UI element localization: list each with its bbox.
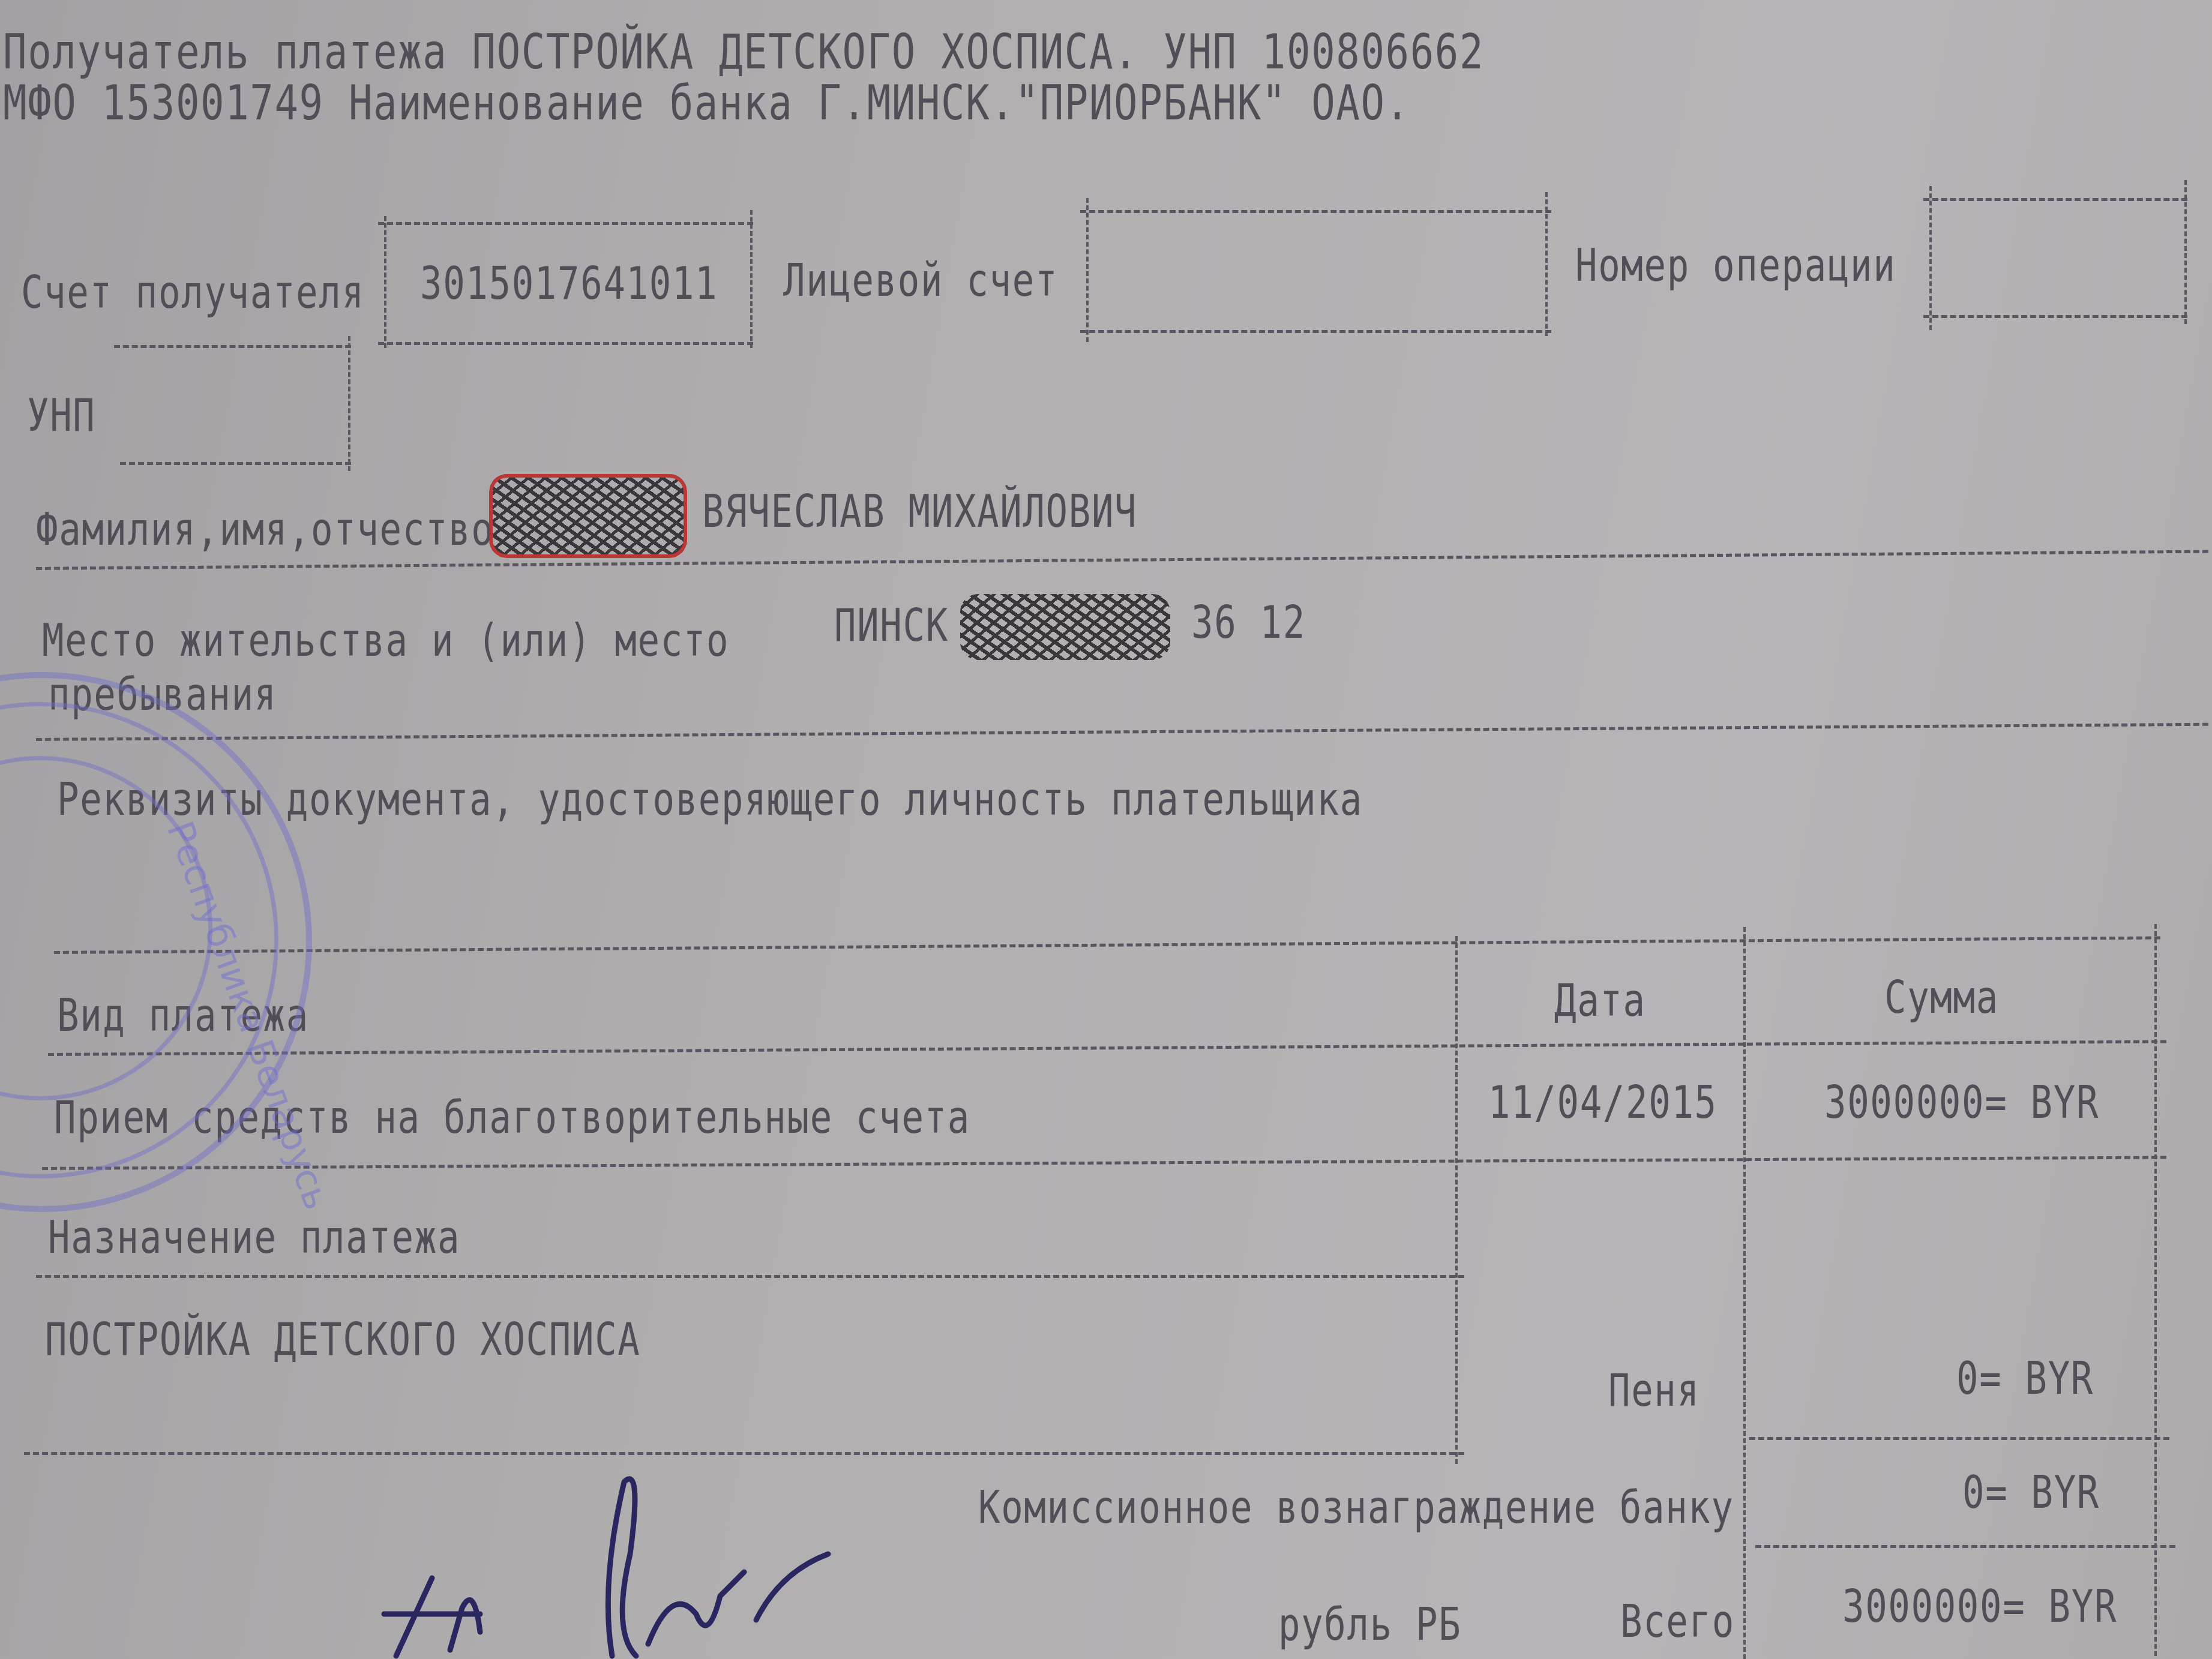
commission-value: 0= BYR — [1962, 1467, 2100, 1519]
divider — [36, 1275, 1464, 1278]
divider — [54, 936, 2160, 954]
unp-label: УНП — [27, 390, 96, 442]
divider — [1086, 198, 1089, 342]
residence-city: ПИНСК — [834, 600, 949, 652]
purpose-value: ПОСТРОЙКА ДЕТСКОГО ХОСПИСА — [45, 1314, 640, 1366]
divider — [1455, 936, 1458, 1464]
recipient-account-value: 3015017641011 — [420, 258, 718, 310]
residence-tail: 36 12 — [1191, 597, 1306, 649]
residence-label: Место жительства и (или) место — [42, 615, 729, 667]
divider — [120, 462, 351, 465]
divider — [1080, 330, 1551, 333]
operation-number-label: Номер операции — [1575, 240, 1896, 292]
divider — [1080, 210, 1551, 213]
penalty-label: Пеня — [1608, 1365, 1700, 1417]
redaction-mark — [960, 594, 1170, 660]
recipient-header: Получатель платежа ПОСТРОЙКА ДЕТСКОГО ХО… — [3, 24, 1484, 80]
redaction-mark — [489, 474, 687, 558]
divider — [1545, 192, 1548, 336]
payment-receipt: Получатель платежа ПОСТРОЙКА ДЕТСКОГО ХО… — [0, 0, 2212, 1659]
purpose-label: Назначение платежа — [48, 1212, 460, 1264]
divider — [1929, 186, 1932, 330]
bank-header: МФО 153001749 Наименование банка Г.МИНСК… — [3, 75, 1410, 131]
divider — [42, 1156, 2166, 1170]
divider — [48, 1040, 2166, 1056]
divider — [2184, 180, 2187, 324]
fio-value: ВЯЧЕСЛАВ МИХАЙЛОВИЧ — [702, 486, 1137, 538]
personal-account-label: Лицевой счет — [783, 255, 1058, 307]
fio-label: Фамилия,имя,отчество — [36, 504, 494, 556]
divider — [384, 216, 386, 348]
amount-label: Сумма — [1884, 972, 1999, 1024]
divider — [378, 222, 753, 225]
divider — [1743, 927, 1746, 1659]
signature-icon — [360, 1464, 900, 1659]
divider — [1923, 315, 2187, 318]
divider — [114, 345, 351, 348]
total-value: 3000000= BYR — [1842, 1581, 2117, 1633]
currency-label: рубль РБ — [1278, 1599, 1461, 1651]
divider — [24, 1452, 1464, 1455]
date-label: Дата — [1554, 975, 1646, 1027]
date-value: 11/04/2015 — [1488, 1077, 1718, 1129]
commission-label: Комиссионное вознаграждение банку — [978, 1482, 1734, 1534]
amount-value: 3000000= BYR — [1824, 1077, 2099, 1129]
divider — [1923, 198, 2187, 201]
divider — [348, 336, 350, 471]
total-label: Всего — [1620, 1596, 1735, 1648]
divider — [750, 210, 753, 348]
divider — [1755, 1545, 2175, 1548]
divider — [36, 723, 2208, 741]
divider — [378, 342, 753, 345]
recipient-account-label: Счет получателя — [21, 267, 365, 319]
divider — [1749, 1437, 2169, 1440]
penalty-value: 0= BYR — [1956, 1353, 2094, 1405]
